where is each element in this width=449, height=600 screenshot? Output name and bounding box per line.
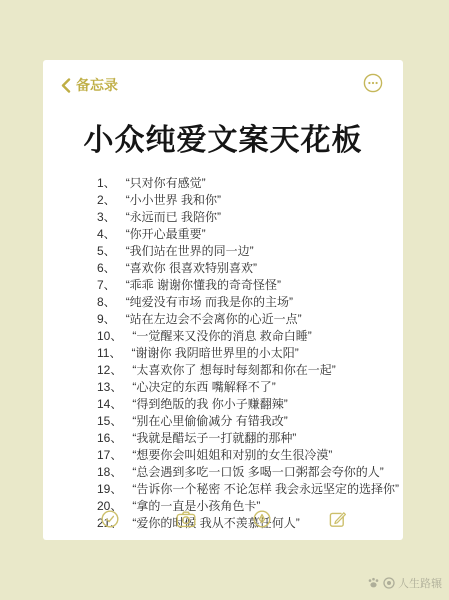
list-item-text: “别在心里偷偷减分 有错我改” — [132, 414, 287, 428]
list-item-text: “你开心最重要” — [126, 227, 206, 241]
note-card: 备忘录 小众纯爱文案天花板 1、“只对你有感觉” 2、“小小世界 我和你” 3、… — [43, 60, 403, 540]
list-item: 1、“只对你有感觉” — [97, 175, 403, 192]
camera-button[interactable] — [176, 510, 196, 529]
list-item: 8、“纯爱没有市场 而我是你的主场” — [97, 294, 403, 311]
note-title: 小众纯爱文案天花板 — [43, 115, 403, 159]
list-item-number: 10、 — [97, 329, 122, 343]
list-item: 12、“太喜欢你了 想每时每刻都和你在一起” — [97, 362, 403, 379]
chevron-left-icon — [61, 78, 71, 93]
watermark: 人生路辗 — [367, 575, 442, 591]
nav-bar: 备忘录 — [61, 75, 383, 95]
list-item: 17、“想要你会叫姐姐和对别的女生很冷漠” — [97, 447, 403, 464]
camera-icon — [176, 510, 196, 529]
memo-app-screen: { "colors": { "background": "#e9e8c9", "… — [0, 0, 449, 600]
ellipsis-circle-icon — [363, 73, 383, 98]
list-item-number: 5、 — [97, 244, 116, 258]
more-options-button[interactable] — [363, 73, 383, 98]
list-item-number: 14、 — [97, 397, 122, 411]
list-item: 15、“别在心里偷偷减分 有错我改” — [97, 413, 403, 430]
compose-icon — [328, 510, 347, 529]
list-item: 9、“站在左边会不会离你的心近一点” — [97, 311, 403, 328]
list-item: 16、“我就是醋坛子一打就翻的那种” — [97, 430, 403, 447]
list-item: 7、“乖乖 谢谢你懂我的奇奇怪怪” — [97, 277, 403, 294]
list-item-number: 18、 — [97, 465, 122, 479]
note-toolbar — [43, 510, 403, 529]
list-item-text: “得到绝版的我 你小子赚翻辣” — [132, 397, 287, 411]
list-item-number: 8、 — [97, 295, 116, 309]
list-item-text: “告诉你一个秘密 不论怎样 我会永远坚定的选择你” — [132, 482, 399, 496]
compose-button[interactable] — [328, 510, 347, 529]
list-item-number: 3、 — [97, 210, 116, 224]
list-item-number: 13、 — [97, 380, 122, 394]
back-button-label: 备忘录 — [76, 75, 118, 95]
quote-list: 1、“只对你有感觉” 2、“小小世界 我和你” 3、“永远而已 我陪你” 4、“… — [97, 175, 403, 532]
list-item-number: 2、 — [97, 193, 116, 207]
watermark-text: 人生路辗 — [398, 575, 442, 591]
markup-pen-icon — [253, 510, 271, 529]
list-item-number: 16、 — [97, 431, 122, 445]
list-item-number: 9、 — [97, 312, 116, 326]
list-item-number: 15、 — [97, 414, 122, 428]
list-item-text: “心决定的东西 嘴解释不了” — [132, 380, 275, 394]
markup-pen-button[interactable] — [253, 510, 271, 529]
list-item: 4、“你开心最重要” — [97, 226, 403, 243]
list-item-number: 4、 — [97, 227, 116, 241]
list-item: 6、“喜欢你 很喜欢特别喜欢” — [97, 260, 403, 277]
list-item: 19、“告诉你一个秘密 不论怎样 我会永远坚定的选择你” — [97, 481, 403, 498]
list-item-text: “站在左边会不会离你的心近一点” — [126, 312, 302, 326]
list-item-number: 17、 — [97, 448, 122, 462]
list-item-number: 19、 — [97, 482, 122, 496]
list-item-text: “总会遇到多吃一口饭 多喝一口粥都会夸你的人” — [132, 465, 383, 479]
list-item: 3、“永远而已 我陪你” — [97, 209, 403, 226]
list-item-text: “想要你会叫姐姐和对别的女生很冷漠” — [132, 448, 332, 462]
list-item: 5、“我们站在世界的同一边” — [97, 243, 403, 260]
list-item-text: “我们站在世界的同一边” — [126, 244, 254, 258]
list-item-number: 12、 — [97, 363, 122, 377]
back-button[interactable]: 备忘录 — [61, 75, 118, 95]
list-item-text: “只对你有感觉” — [126, 176, 206, 190]
list-item-number: 11、 — [97, 346, 121, 360]
list-item-text: “小小世界 我和你” — [126, 193, 221, 207]
checklist-icon — [101, 510, 119, 529]
app-logo-icon — [383, 577, 395, 589]
list-item: 11、“谢谢你 我阴暗世界里的小太阳” — [97, 345, 403, 362]
list-item: 10、“一觉醒来又没你的消息 救命白睡” — [97, 328, 403, 345]
list-item-text: “喜欢你 很喜欢特别喜欢” — [126, 261, 257, 275]
list-item-text: “永远而已 我陪你” — [126, 210, 221, 224]
list-item-number: 7、 — [97, 278, 116, 292]
list-item-text: “谢谢你 我阴暗世界里的小太阳” — [131, 346, 298, 360]
list-item-number: 6、 — [97, 261, 116, 275]
list-item-text: “一觉醒来又没你的消息 救命白睡” — [132, 329, 311, 343]
list-item-text: “太喜欢你了 想每时每刻都和你在一起” — [132, 363, 335, 377]
paw-icon — [367, 577, 380, 589]
list-item: 14、“得到绝版的我 你小子赚翻辣” — [97, 396, 403, 413]
list-item: 18、“总会遇到多吃一口饭 多喝一口粥都会夸你的人” — [97, 464, 403, 481]
list-item-text: “乖乖 谢谢你懂我的奇奇怪怪” — [126, 278, 281, 292]
list-item: 2、“小小世界 我和你” — [97, 192, 403, 209]
list-item-number: 1、 — [97, 176, 116, 190]
list-item: 13、“心决定的东西 嘴解释不了” — [97, 379, 403, 396]
list-item-text: “纯爱没有市场 而我是你的主场” — [126, 295, 293, 309]
checklist-button[interactable] — [101, 510, 119, 529]
list-item-text: “我就是醋坛子一打就翻的那种” — [132, 431, 296, 445]
